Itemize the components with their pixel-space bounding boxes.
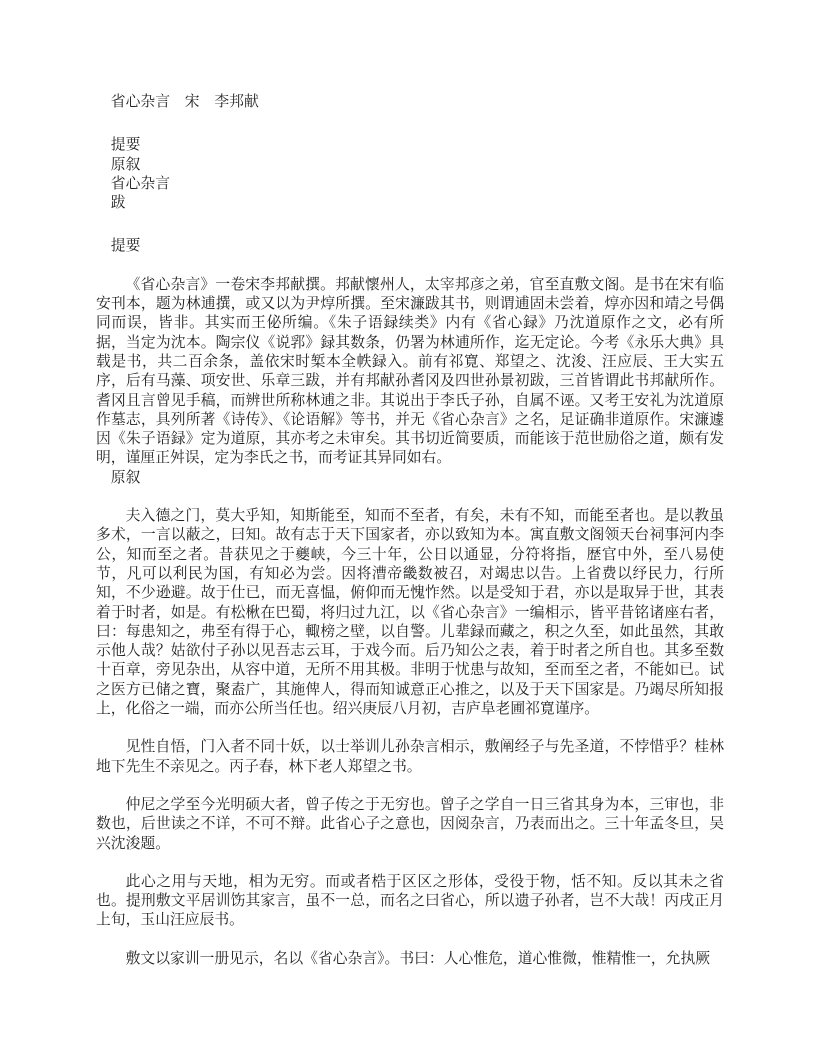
document-page: 省心杂言 宋 李邦献 提要 原叙 省心杂言 跋 提要 《省心杂言》一卷宋李邦献撰… <box>0 0 816 1056</box>
paragraph-preface-wangyingchen: 此心之用与天地，相为无穷。而或者梏于区区之形体，受役于物，恬不知。反以其未之省也… <box>96 873 724 931</box>
paragraph-preface-qikuan: 夫入德之门，莫大乎知，知斯能至，知而不至者，有矣，未有不知，而能至者也。是以教虽… <box>96 507 724 719</box>
section-heading-yuanxu: 原叙 <box>96 469 724 488</box>
toc-item-tiyao: 提要 <box>96 136 724 155</box>
table-of-contents: 提要 原叙 省心杂言 跋 <box>96 136 724 213</box>
paragraph-preface-shenjun: 仲尼之学至今光明硕大者，曾子传之于无穷也。曾子之学自一日三省其身为本，三审也，非… <box>96 796 724 854</box>
toc-item-ba: 跋 <box>96 194 724 213</box>
toc-item-yuanxu: 原叙 <box>96 156 724 175</box>
paragraph-tiyao-body: 《省心杂言》一卷宋李邦献撰。邦献懷州人，太宰邦彦之弟，官至直敷文阁。是书在宋有临… <box>96 276 724 469</box>
section-tiyao: 提要 《省心杂言》一卷宋李邦献撰。邦献懷州人，太宰邦彦之弟，官至直敷文阁。是书在… <box>96 237 724 468</box>
document-title: 省心杂言 宋 李邦献 <box>96 93 724 112</box>
section-heading-tiyao: 提要 <box>96 237 724 256</box>
toc-item-shengxinzayan: 省心杂言 <box>96 175 724 194</box>
paragraph-preface-shuwen: 敷文以家训一册见示，名以《省心杂言》。书曰：人心惟危，道心惟微，惟精惟一，允执厥 <box>96 950 724 969</box>
paragraph-preface-zhengwangzhi: 见性自悟，门入者不同十妖，以士举训儿孙杂言相示，敷阐经子与先圣道，不悖惜乎？桂林… <box>96 738 724 777</box>
section-yuanxu: 原叙 夫入德之门，莫大乎知，知斯能至，知而不至者，有矣，未有不知，而能至者也。是… <box>96 469 724 969</box>
